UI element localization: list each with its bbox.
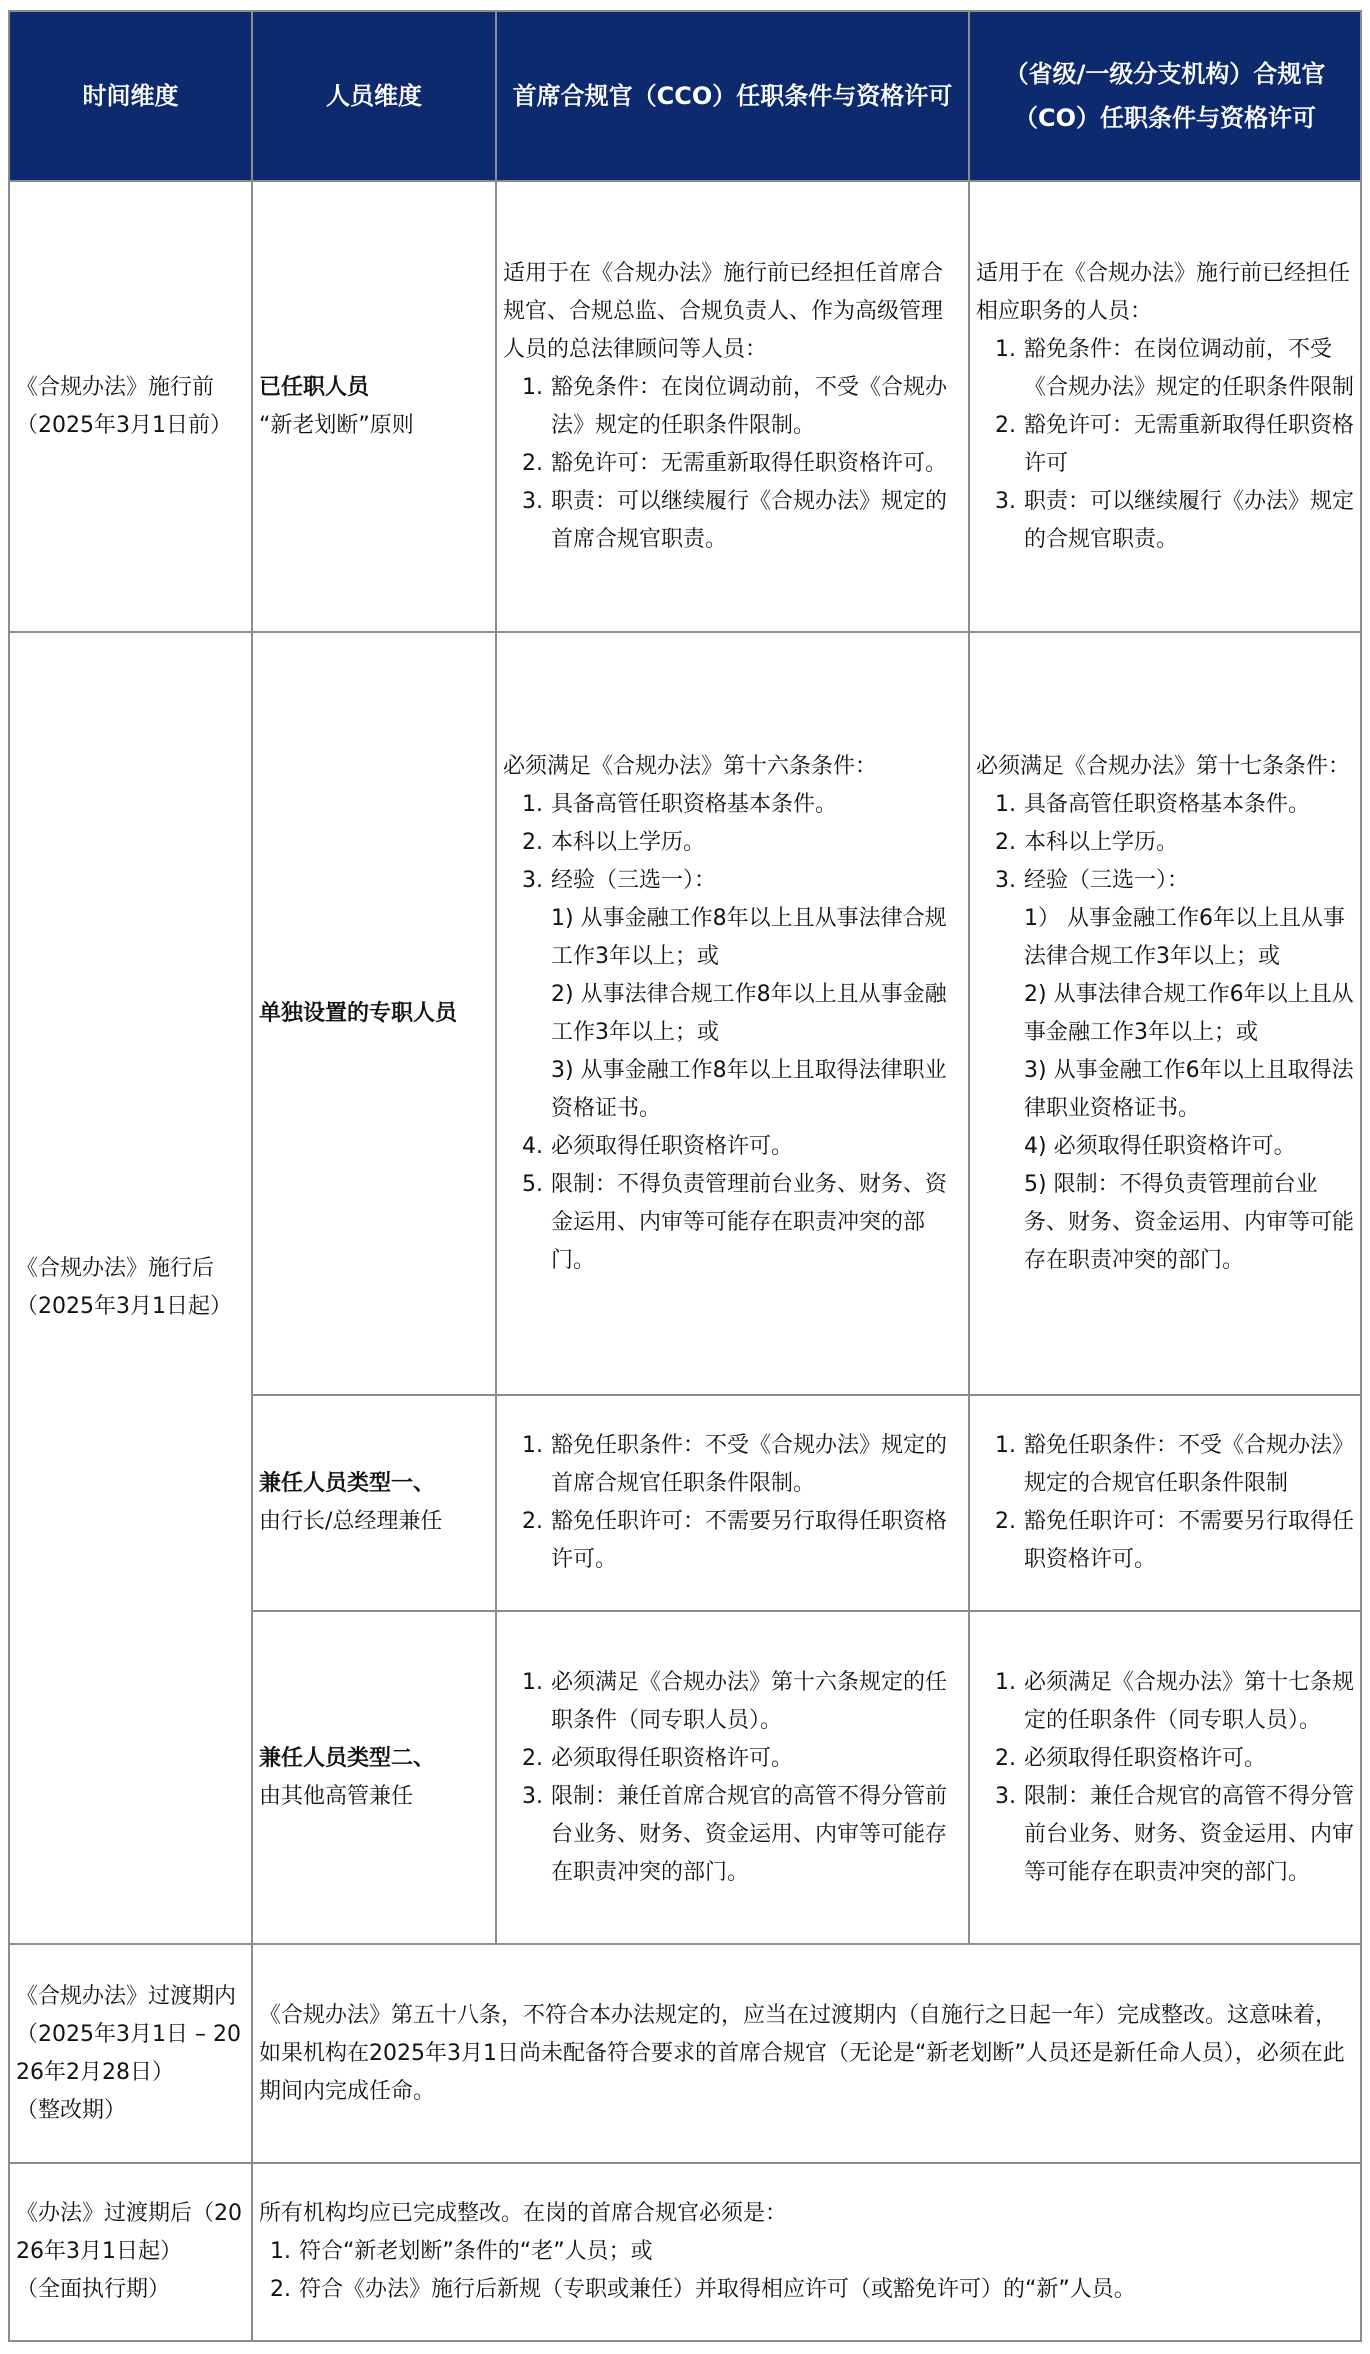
post-transition-content-cell: 所有机构均应已完成整改。在岗的首席合规官必须是： 符合“新老划断”条件的“老”人… [252,2163,1361,2341]
numbered-list: 符合“新老划断”条件的“老”人员；或 符合《办法》施行后新规（专职或兼任）并取得… [259,2233,1354,2309]
list-item: 具备高管任职资格基本条件。 [1024,786,1354,824]
list-item: 职责：可以继续履行《合规办法》规定的首席合规官职责。 [551,483,962,559]
person-subtitle: 由其他高管兼任 [259,1778,489,1816]
time-cell-after: 《合规办法》施行后（2025年3月1日起） [9,632,252,1944]
header-time-dimension: 时间维度 [9,11,252,181]
list-item: 必须取得任职资格许可。 [1024,1740,1354,1778]
list-item: 豁免许可：无需重新取得任职资格许可 [1024,407,1354,483]
header-cco-requirements: 首席合规官（CCO）任职条件与资格许可 [496,11,969,181]
list-item: 必须满足《合规办法》第十七条规定的任职条件（同专职人员）。 [1024,1664,1354,1740]
time-label: 《办法》过渡期后（2026年3月1日起） [16,2195,245,2271]
list-item: 豁免任职条件：不受《合规办法》规定的合规官任职条件限制 [1024,1427,1354,1503]
list-item: 经验（三选一）： 1) 从事金融工作8年以上且从事法律合规工作3年以上；或 2)… [551,862,962,1128]
person-subtitle: 由行长/总经理兼任 [259,1503,489,1541]
person-title: 兼任人员类型一、 [259,1465,489,1503]
list-item: 本科以上学历。 [551,824,962,862]
list-item: 必须满足《合规办法》第十六条规定的任职条件（同专职人员）。 [551,1664,962,1740]
cell-intro: 适用于在《合规办法》施行前已经担任相应职务的人员： [976,255,1354,331]
table-row-post-transition: 《办法》过渡期后（2026年3月1日起） （全面执行期） 所有机构均应已完成整改… [9,2163,1361,2341]
list-item: 符合《办法》施行后新规（专职或兼任）并取得相应许可（或豁免许可）的“新”人员。 [299,2271,1354,2309]
header-co-requirements: （省级/一级分支机构）合规官（CO）任职条件与资格许可 [969,11,1361,181]
list-item: 豁免许可：无需重新取得任职资格许可。 [551,445,962,483]
cco-requirements-table: 时间维度 人员维度 首席合规官（CCO）任职条件与资格许可 （省级/一级分支机构… [8,10,1362,2342]
list-item: 豁免任职许可：不需要另行取得任职资格许可。 [1024,1503,1354,1579]
table-row-after-dedicated: 《合规办法》施行后（2025年3月1日起） 单独设置的专职人员 必须满足《合规办… [9,632,1361,1395]
header-person-dimension: 人员维度 [252,11,496,181]
time-cell-post-transition: 《办法》过渡期后（2026年3月1日起） （全面执行期） [9,2163,252,2341]
header-row: 时间维度 人员维度 首席合规官（CCO）任职条件与资格许可 （省级/一级分支机构… [9,11,1361,181]
list-item: 限制：兼任首席合规官的高管不得分管前台业务、财务、资金运用、内审等可能存在职责冲… [551,1778,962,1892]
time-cell-before: 《合规办法》施行前（2025年3月1日前） [9,181,252,632]
co-cell-concurrent-1: 豁免任职条件：不受《合规办法》规定的合规官任职条件限制 豁免任职许可：不需要另行… [969,1395,1361,1611]
list-item: 必须取得任职资格许可。 [551,1740,962,1778]
cell-intro: 必须满足《合规办法》第十七条条件： [976,748,1354,786]
time-sublabel: （整改期） [16,2092,245,2130]
person-cell-concurrent-1: 兼任人员类型一、 由行长/总经理兼任 [252,1395,496,1611]
numbered-list: 必须满足《合规办法》第十六条规定的任职条件（同专职人员）。 必须取得任职资格许可… [503,1664,962,1892]
table-row-transition: 《合规办法》过渡期内（2025年3月1日 – 2026年2月28日） （整改期）… [9,1944,1361,2163]
numbered-list: 具备高管任职资格基本条件。 本科以上学历。 经验（三选一）： 1) 从事金融工作… [503,786,962,1280]
list-item: 经验（三选一）： 1） 从事金融工作6年以上且从事法律合规工作3年以上；或 2)… [1024,862,1354,1280]
sub-item: 1) 从事金融工作8年以上且从事法律合规工作3年以上；或 [551,900,962,976]
list-item-label: 经验（三选一）： [1024,862,1354,900]
cco-cell-before: 适用于在《合规办法》施行前已经担任首席合规官、合规总监、合规负责人、作为高级管理… [496,181,969,632]
person-subtitle: “新老划断”原则 [259,407,489,445]
list-item: 职责：可以继续履行《办法》规定的合规官职责。 [1024,483,1354,559]
sub-item: 3) 从事金融工作8年以上且取得法律职业资格证书。 [551,1052,962,1128]
list-item: 豁免条件：在岗位调动前，不受《合规办法》规定的任职条件限制 [1024,331,1354,407]
list-item: 限制：兼任合规官的高管不得分管前台业务、财务、资金运用、内审等可能存在职责冲突的… [1024,1778,1354,1892]
list-item: 本科以上学历。 [1024,824,1354,862]
sub-item: 5) 限制：不得负责管理前台业务、财务、资金运用、内审等可能存在职责冲突的部门。 [1024,1166,1354,1280]
transition-content-cell: 《合规办法》第五十八条，不符合本办法规定的，应当在过渡期内（自施行之日起一年）完… [252,1944,1361,2163]
list-item: 限制：不得负责管理前台业务、财务、资金运用、内审等可能存在职责冲突的部门。 [551,1166,962,1280]
cell-intro: 适用于在《合规办法》施行前已经担任首席合规官、合规总监、合规负责人、作为高级管理… [503,255,962,369]
table-row-before: 《合规办法》施行前（2025年3月1日前） 已任职人员 “新老划断”原则 适用于… [9,181,1361,632]
time-sublabel: （全面执行期） [16,2271,245,2309]
list-item-label: 经验（三选一）： [551,862,962,900]
person-title: 已任职人员 [259,369,489,407]
co-cell-dedicated: 必须满足《合规办法》第十七条条件： 具备高管任职资格基本条件。 本科以上学历。 … [969,632,1361,1395]
cco-cell-dedicated: 必须满足《合规办法》第十六条条件： 具备高管任职资格基本条件。 本科以上学历。 … [496,632,969,1395]
sub-item: 4) 必须取得任职资格许可。 [1024,1128,1354,1166]
person-title: 单独设置的专职人员 [259,995,489,1033]
numbered-list: 豁免条件：在岗位调动前，不受《合规办法》规定的任职条件限制。 豁免许可：无需重新… [503,369,962,559]
list-item: 必须取得任职资格许可。 [551,1128,962,1166]
list-item: 符合“新老划断”条件的“老”人员；或 [299,2233,1354,2271]
time-cell-transition: 《合规办法》过渡期内（2025年3月1日 – 2026年2月28日） （整改期） [9,1944,252,2163]
person-title: 兼任人员类型二、 [259,1740,489,1778]
person-cell-concurrent-2: 兼任人员类型二、 由其他高管兼任 [252,1611,496,1944]
list-item: 具备高管任职资格基本条件。 [551,786,962,824]
numbered-list: 豁免任职条件：不受《合规办法》规定的首席合规官任职条件限制。 豁免任职许可：不需… [503,1427,962,1579]
numbered-list: 豁免条件：在岗位调动前，不受《合规办法》规定的任职条件限制 豁免许可：无需重新取… [976,331,1354,559]
sub-item: 2) 从事法律合规工作8年以上且从事金融工作3年以上；或 [551,976,962,1052]
sub-item: 1） 从事金融工作6年以上且从事法律合规工作3年以上；或 [1024,900,1354,976]
person-cell-dedicated: 单独设置的专职人员 [252,632,496,1395]
list-item: 豁免条件：在岗位调动前，不受《合规办法》规定的任职条件限制。 [551,369,962,445]
list-item: 豁免任职条件：不受《合规办法》规定的首席合规官任职条件限制。 [551,1427,962,1503]
co-cell-before: 适用于在《合规办法》施行前已经担任相应职务的人员： 豁免条件：在岗位调动前，不受… [969,181,1361,632]
cco-cell-concurrent-1: 豁免任职条件：不受《合规办法》规定的首席合规官任职条件限制。 豁免任职许可：不需… [496,1395,969,1611]
sub-item: 2) 从事法律合规工作6年以上且从事金融工作3年以上；或 [1024,976,1354,1052]
cell-intro: 所有机构均应已完成整改。在岗的首席合规官必须是： [259,2195,1354,2233]
numbered-list: 必须满足《合规办法》第十七条规定的任职条件（同专职人员）。 必须取得任职资格许可… [976,1664,1354,1892]
time-label: 《合规办法》过渡期内（2025年3月1日 – 2026年2月28日） [16,1978,245,2092]
person-cell-existing: 已任职人员 “新老划断”原则 [252,181,496,632]
sub-item: 3) 从事金融工作6年以上且取得法律职业资格证书。 [1024,1052,1354,1128]
numbered-list: 具备高管任职资格基本条件。 本科以上学历。 经验（三选一）： 1） 从事金融工作… [976,786,1354,1280]
co-cell-concurrent-2: 必须满足《合规办法》第十七条规定的任职条件（同专职人员）。 必须取得任职资格许可… [969,1611,1361,1944]
list-item: 豁免任职许可：不需要另行取得任职资格许可。 [551,1503,962,1579]
cco-cell-concurrent-2: 必须满足《合规办法》第十六条规定的任职条件（同专职人员）。 必须取得任职资格许可… [496,1611,969,1944]
cell-intro: 必须满足《合规办法》第十六条条件： [503,748,962,786]
numbered-list: 豁免任职条件：不受《合规办法》规定的合规官任职条件限制 豁免任职许可：不需要另行… [976,1427,1354,1579]
